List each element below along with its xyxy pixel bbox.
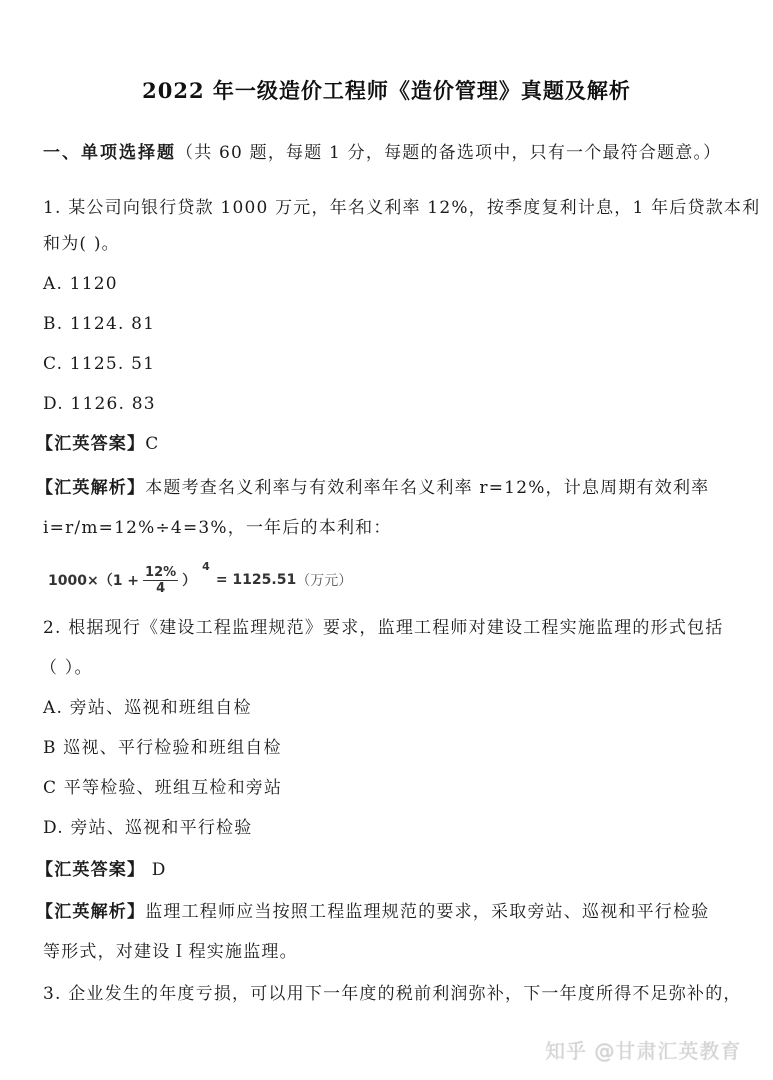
question-2-answer: 【汇英答案】 D: [36, 859, 167, 881]
question-1-stem-line-2: 和为( )。: [43, 233, 120, 255]
question-1-formula: 1000×（1 + 12% 4 ） 4 = 1125.51 （万元）: [48, 560, 352, 600]
section-note: （共 60 题，每题 1 分，每题的备选项中，只有一个最符合题意。）: [176, 143, 721, 163]
question-2-option-d: D. 旁站、巡视和平行检验: [43, 817, 252, 839]
analysis-text: 监理工程师应当按照工程监理规范的要求，采取旁站、巡视和平行检验: [145, 902, 709, 922]
question-2-stem-line-1: 2. 根据现行《建设工程监理规范》要求，监理工程师对建设工程实施监理的形式包括: [43, 617, 723, 639]
document-title: 2022 年一级造价工程师《造价管理》真题及解析: [0, 75, 773, 105]
formula-denominator: 4: [156, 581, 165, 596]
question-2-option-a: A. 旁站、巡视和班组自检: [43, 697, 252, 719]
question-1-option-d: D. 1126. 83: [43, 393, 156, 415]
question-2-option-b: B 巡视、平行检验和班组自检: [43, 737, 282, 759]
question-1-option-b: B. 1124. 81: [43, 313, 155, 335]
answer-label: 【汇英答案】: [36, 860, 145, 880]
section-heading: 一、单项选择题: [43, 143, 176, 163]
formula-result: = 1125.51: [216, 572, 296, 588]
answer-label: 【汇英答案】: [36, 434, 145, 454]
formula-close: ）: [182, 570, 196, 590]
question-1-option-a: A. 1120: [43, 273, 118, 295]
question-2-analysis-line-1: 【汇英解析】监理工程师应当按照工程监理规范的要求，采取旁站、巡视和平行检验: [36, 901, 709, 923]
question-2-stem-line-2: （ ）。: [40, 657, 93, 679]
question-2-option-c: C 平等检验、班组互检和旁站: [43, 777, 282, 799]
question-1-analysis-line-1: 【汇英解析】本题考查名义利率与有效利率年名义利率 r=12%，计息周期有效利率: [36, 477, 709, 499]
answer-value: D: [145, 860, 166, 880]
analysis-label: 【汇英解析】: [36, 902, 145, 922]
formula-exponent: 4: [202, 560, 210, 573]
question-1-option-c: C. 1125. 51: [43, 353, 155, 375]
answer-value: C: [145, 434, 159, 454]
watermark: 知乎 @甘肃汇英教育: [545, 1035, 741, 1064]
section-header: 一、单项选择题（共 60 题，每题 1 分，每题的备选项中，只有一个最符合题意。…: [43, 142, 721, 164]
formula-fraction: 12% 4: [143, 565, 178, 596]
analysis-text: 本题考查名义利率与有效利率年名义利率 r=12%，计息周期有效利率: [145, 478, 709, 498]
question-1-analysis-line-2: i=r/m=12%÷4=3%，一年后的本利和：: [43, 517, 392, 539]
question-1-stem-line-1: 1. 某公司向银行贷款 1000 万元，年名义利率 12%，按季度复利计息，1 …: [43, 197, 760, 219]
formula-unit: （万元）: [296, 570, 352, 590]
analysis-label: 【汇英解析】: [36, 478, 145, 498]
formula-numerator: 12%: [143, 565, 178, 581]
question-1-answer: 【汇英答案】C: [36, 433, 159, 455]
question-3-stem-line-1: 3. 企业发生的年度亏损，可以用下一年度的税前利润弥补，下一年度所得不足弥补的，: [43, 983, 742, 1005]
question-2-analysis-line-2: 等形式，对建设Ｉ程实施监理。: [43, 941, 298, 963]
formula-prefix: 1000×（1 +: [48, 570, 139, 590]
